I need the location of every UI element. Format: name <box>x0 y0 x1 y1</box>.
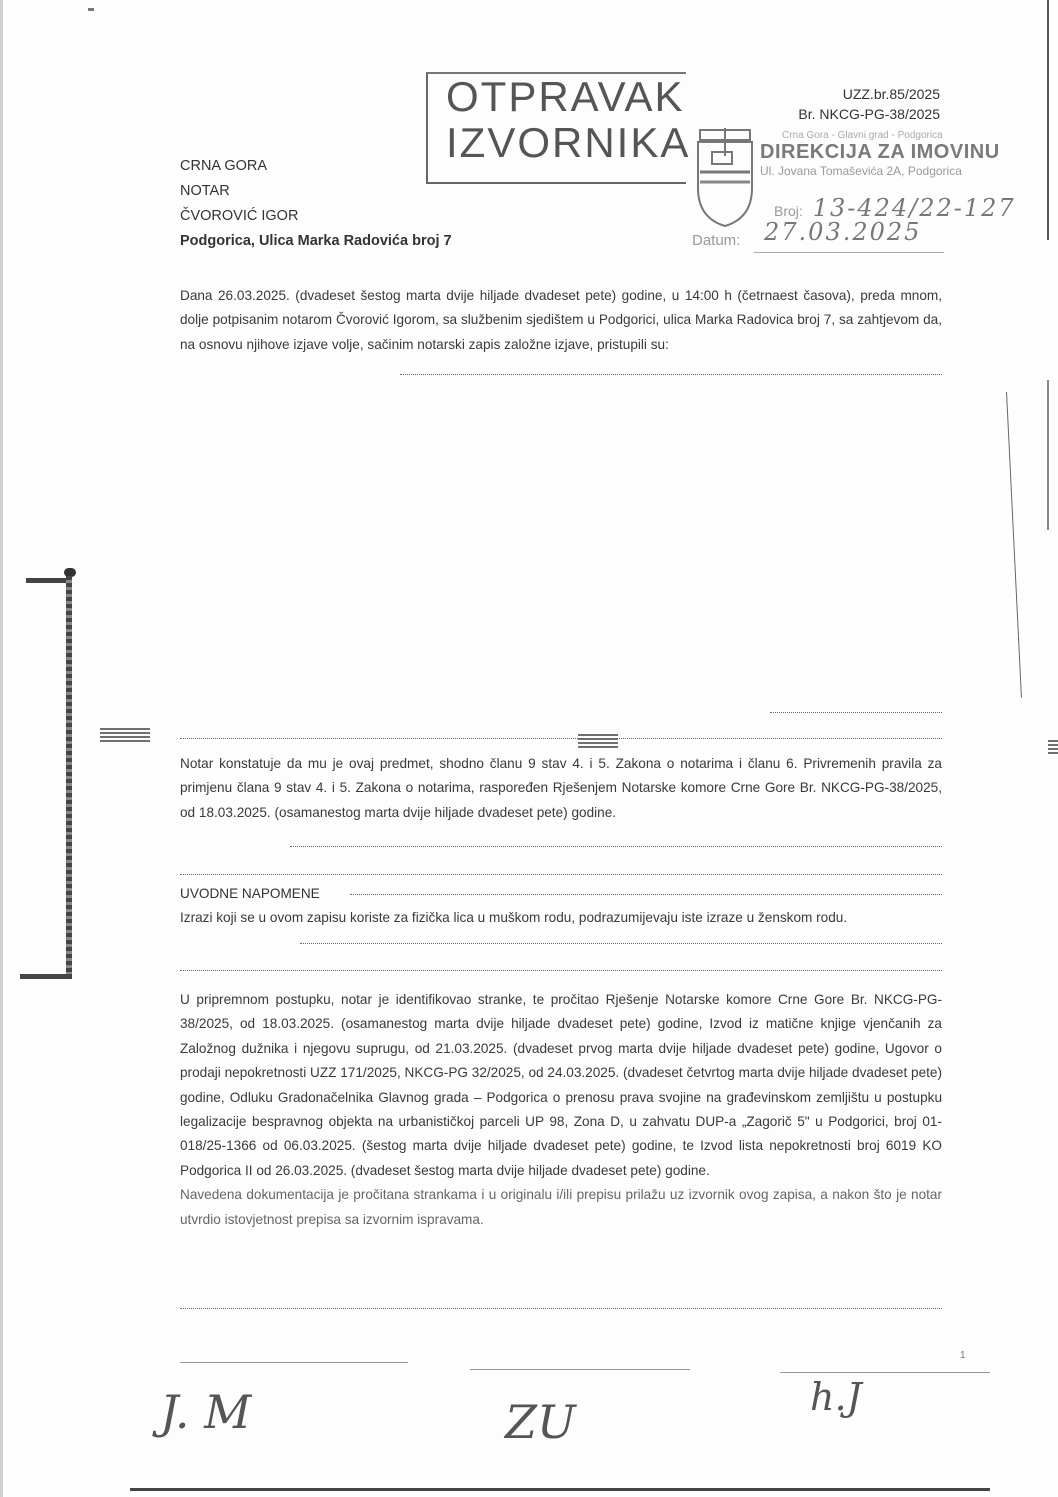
dotted-filler <box>180 738 942 739</box>
header-country: CRNA GORA <box>180 154 452 179</box>
dotted-filler <box>770 712 942 713</box>
pripremni-paragraph: U pripremnom postupku, notar je identifi… <box>180 988 942 1232</box>
signature-line-1 <box>180 1362 408 1363</box>
otpravak-stamp: OTPRAVAK IZVORNIKA <box>426 72 686 184</box>
signature-second: ZU <box>505 1395 576 1449</box>
intro-paragraph: Dana 26.03.2025. (dvadeset šestog marta … <box>180 284 942 357</box>
binder-bottom-bar <box>20 974 72 979</box>
scan-smudge <box>1048 740 1058 754</box>
uvodne-text: Izrazi koji se u ovom zapisu koriste za … <box>180 906 942 930</box>
reference-block: UZZ.br.85/2025 Br. NKCG-PG-38/2025 <box>798 84 940 124</box>
directorate-address: Ul. Jovana Tomaševića 2A, Podgorica <box>760 164 1000 178</box>
dotted-filler <box>290 846 942 847</box>
uzz-number: UZZ.br.85/2025 <box>798 84 940 104</box>
scan-mark <box>88 8 94 11</box>
datum-underline <box>754 252 944 253</box>
dotted-filler <box>400 374 942 375</box>
pripremni-text: U pripremnom postupku, notar je identifi… <box>180 988 942 1183</box>
scan-smudge <box>100 728 150 742</box>
intro-text: Dana 26.03.2025. (dvadeset šestog marta … <box>180 284 942 357</box>
page-number: 1 <box>960 1350 966 1361</box>
scan-line <box>1006 392 1022 698</box>
stamp-line-1: OTPRAVAK <box>428 74 686 120</box>
notar-paragraph: Notar konstatuje da mu je ovaj predmet, … <box>180 752 942 825</box>
broj-label: Broj: <box>774 203 803 219</box>
dotted-filler <box>300 943 942 944</box>
header-name: ČVOROVIĆ IGOR <box>180 204 452 229</box>
document-page: CRNA GORA NOTAR ČVOROVIĆ IGOR Podgorica,… <box>0 0 1058 1497</box>
scan-edge-right-lower <box>1047 380 1049 530</box>
header-role: NOTAR <box>180 179 452 204</box>
coat-of-arms-icon <box>690 128 760 228</box>
header-address: Podgorica, Ulica Marka Radovića broj 7 <box>180 229 452 254</box>
binder-vertical-bar <box>66 576 72 978</box>
directorate-stamp: Crna Gora - Glavni grad - Podgorica DIRE… <box>760 130 1000 178</box>
signature-line-2 <box>470 1369 690 1370</box>
datum-row: Datum: 27.03.2025 <box>692 232 740 249</box>
nkcg-number: Br. NKCG-PG-38/2025 <box>798 104 940 124</box>
signature-first: J. M <box>160 1385 251 1439</box>
dotted-filler <box>350 894 942 895</box>
stamp-line-2: IZVORNIKA <box>428 120 686 166</box>
notary-header: CRNA GORA NOTAR ČVOROVIĆ IGOR Podgorica,… <box>180 154 452 254</box>
dotted-filler <box>180 970 942 971</box>
scan-edge-right <box>1047 0 1049 240</box>
directorate-city: Crna Gora - Glavni grad - Podgorica <box>782 130 1000 141</box>
scan-edge <box>0 0 3 1497</box>
scan-smudge <box>578 734 618 748</box>
scan-bottom-edge <box>130 1488 990 1491</box>
datum-label: Datum: <box>692 232 740 249</box>
dotted-filler <box>180 874 942 875</box>
signature-third: h.J <box>810 1375 862 1419</box>
datum-value: 27.03.2025 <box>764 218 921 246</box>
signature-line-3 <box>780 1372 990 1373</box>
navedena-text: Navedena dokumentacija je pročitana stra… <box>180 1183 942 1232</box>
notar-text: Notar konstatuje da mu je ovaj predmet, … <box>180 752 942 825</box>
directorate-title: DIREKCIJA ZA IMOVINU <box>760 141 1000 164</box>
uvodne-section: UVODNE NAPOMENE Izrazi koji se u ovom za… <box>180 882 942 931</box>
binder-top-bar <box>26 578 70 583</box>
binder-clip-mark <box>26 568 84 988</box>
dotted-filler <box>180 1308 942 1309</box>
